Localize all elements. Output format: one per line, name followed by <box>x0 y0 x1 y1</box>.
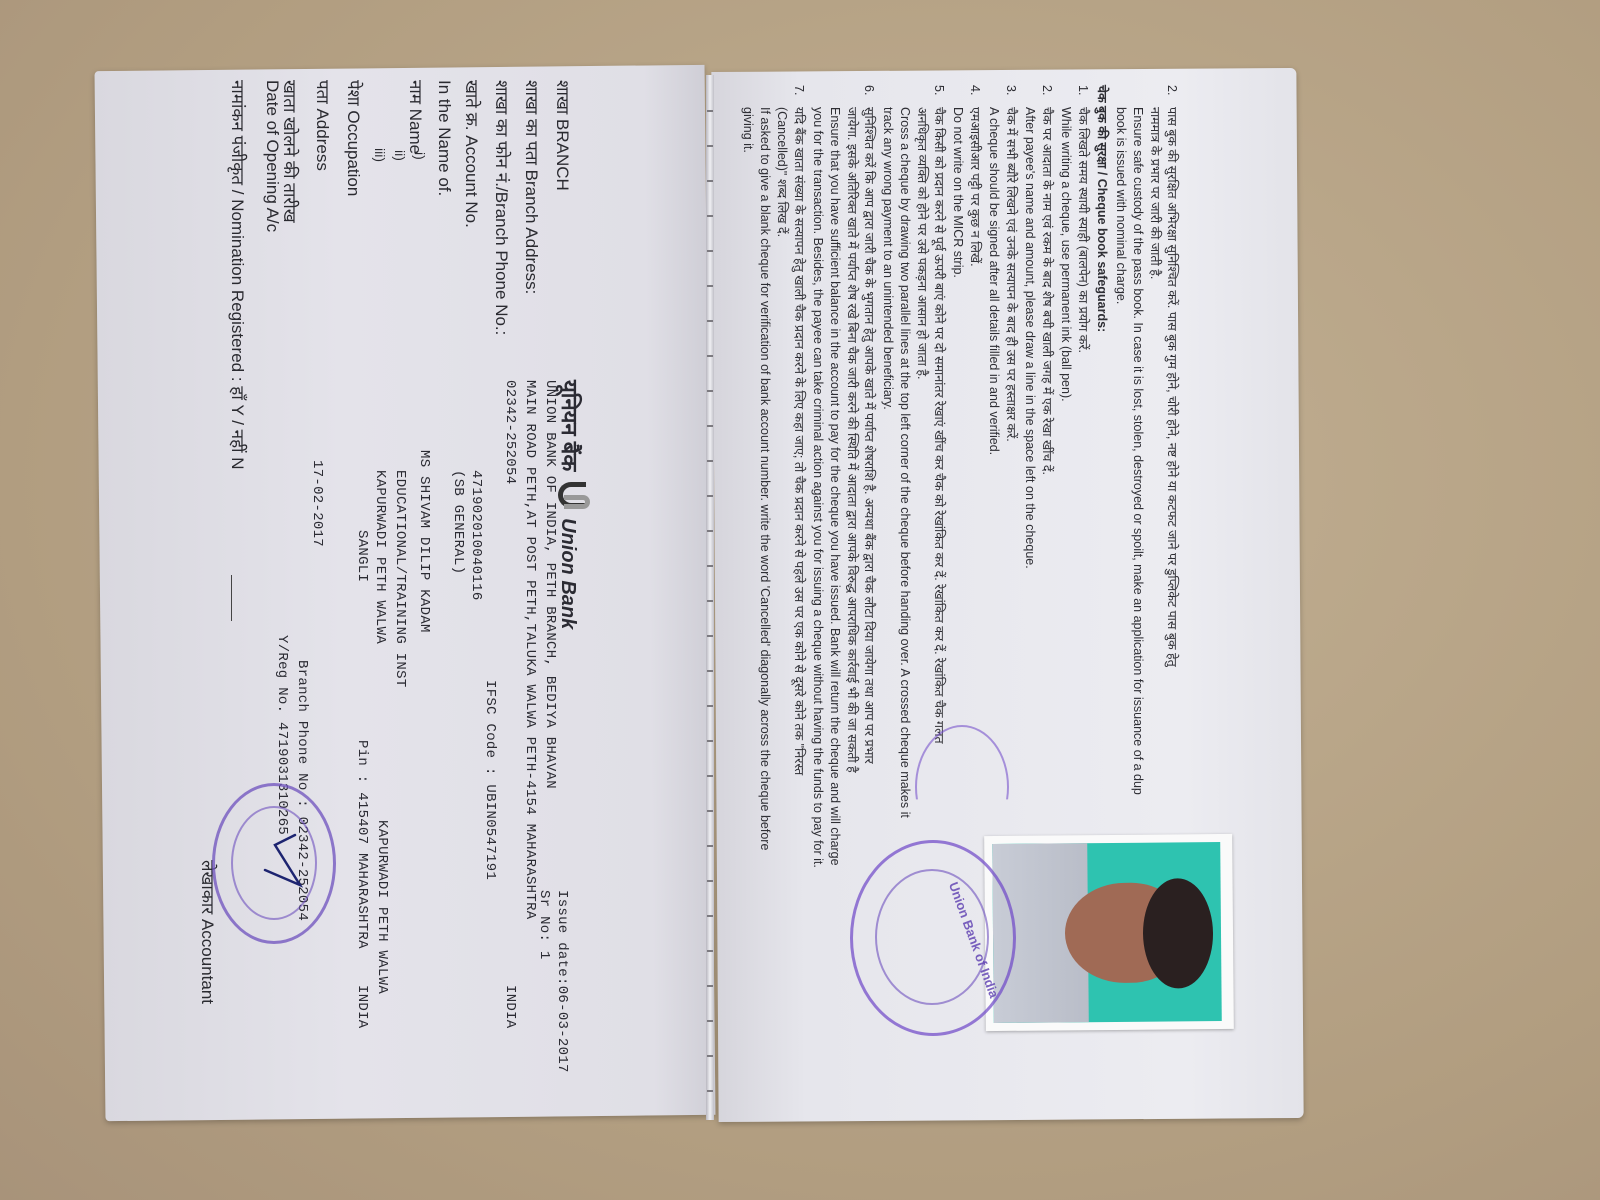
stitch-mark <box>707 950 713 952</box>
value-address-line-2: SANGLI <box>354 530 370 582</box>
value-address-line-3: KAPURWADI PETH WALWA <box>374 820 390 994</box>
label-name: नाम Name <box>405 80 428 154</box>
instruction-number: 2. <box>1163 85 1180 107</box>
value-account-type: (SB GENERAL) <box>450 470 466 574</box>
stitch-mark <box>707 215 713 217</box>
label-account-no: खाते क्र. Account No. <box>461 80 484 228</box>
stitch-mark <box>707 320 713 322</box>
stitch-mark <box>707 390 713 392</box>
value-account-no: 471902010040116 <box>468 470 484 601</box>
value-address-country: INDIA <box>354 985 370 1029</box>
union-bank-logo-icon <box>558 482 586 508</box>
label-in-the-name-of: In the Name of. <box>434 80 454 196</box>
stitch-mark <box>707 810 713 812</box>
stitch-mark <box>707 1055 713 1057</box>
label-branch: शाखा BRANCH <box>552 80 575 191</box>
instruction-number: 3. <box>1002 85 1019 107</box>
stitch-mark <box>707 915 713 917</box>
instruction-hindi: (Cancelled)" शब्द लिख दें. <box>773 85 790 1085</box>
instruction-number: 1. <box>1074 85 1091 107</box>
label-name-i: i) <box>412 152 428 160</box>
header-bank-line: UNION BANK OF INDIA, PETH BRANCH, BEDIYA… <box>542 380 558 789</box>
bank-logo-hindi: यूनियन बैंक <box>557 380 582 471</box>
nomination-underline <box>231 575 232 621</box>
accountant-signature <box>245 825 325 895</box>
header-country: INDIA <box>502 985 518 1029</box>
label-branch-address: शाखा का पता Branch Address: <box>521 80 544 294</box>
stitch-mark <box>707 495 713 497</box>
stitch-mark <box>707 600 713 602</box>
photo-background <box>992 842 1222 1023</box>
stitch-mark <box>707 635 713 637</box>
label-name-ii: ii) <box>392 150 408 161</box>
stitch-mark <box>707 985 713 987</box>
label-occupation: पेशा Occupation <box>343 80 366 196</box>
stitch-mark <box>707 250 713 252</box>
ifsc-code: IFSC Code : UBIN0547191 <box>482 680 498 880</box>
instruction-number: 6. <box>860 85 877 107</box>
label-branch-phone: शाखा का फोन नं./Branch Phone No.: <box>491 80 514 335</box>
stitch-mark <box>707 670 713 672</box>
value-occupation: EDUCATIONAL/TRAINING INST <box>392 470 408 688</box>
value-pin: Pin : 415407 MAHARASHTRA <box>354 740 370 949</box>
instruction-hindi: 7.यदि बैंक खाता संख्या के सत्यापन हेतु ख… <box>790 85 807 1085</box>
instruction-number: 5. <box>930 85 947 107</box>
header-phone-line: 02342-252054 <box>502 380 518 484</box>
stitch-mark <box>707 880 713 882</box>
stitch-mark <box>707 425 713 427</box>
instruction-number: 2. <box>1038 85 1055 107</box>
stitch-mark <box>707 530 713 532</box>
value-name: MS SHIVAM DILIP KADAM <box>416 450 432 633</box>
issue-date: Issue date:06-03-2017 <box>554 890 570 1073</box>
label-date-opening-english: Date of Opening A/c <box>262 80 282 232</box>
stitch-mark <box>707 565 713 567</box>
label-address: पता Address <box>312 80 335 171</box>
account-holder-photo <box>984 834 1234 1031</box>
bank-logo: यूनियन बैंक Union Bank <box>555 380 586 629</box>
photo-stamp <box>850 840 1016 1036</box>
passbook-spine <box>706 75 714 1120</box>
label-date-opening-hindi: खाता खोलने की तारीख <box>279 80 302 223</box>
value-date-opening: 17-02-2017 <box>309 460 325 547</box>
stitch-mark <box>707 285 713 287</box>
stitch-mark <box>707 460 713 462</box>
header-address-line: MAIN ROAD PETH,AT POST PETH,TALUKA WALWA… <box>522 380 538 919</box>
serial-number: Sr No: 1 <box>536 890 552 960</box>
stitch-mark <box>707 110 713 112</box>
bank-logo-english: Union Bank <box>557 518 579 629</box>
photo-hair <box>1143 878 1214 989</box>
stitch-mark <box>707 355 713 357</box>
instruction-number: 4. <box>966 85 983 107</box>
stitch-mark <box>707 705 713 707</box>
label-nomination: नामांकन पंजीकृत / Nomination Registered … <box>227 80 250 470</box>
label-name-iii: iii) <box>372 148 388 162</box>
account-details-section: यूनियन बैंक Union Bank UNION BANK OF IND… <box>150 80 580 1090</box>
stitch-mark <box>707 740 713 742</box>
stitch-mark <box>707 1020 713 1022</box>
stitch-mark <box>707 145 713 147</box>
instruction-number: 7. <box>790 85 807 107</box>
stitch-mark <box>707 180 713 182</box>
instruction-english: you for the transaction. Besides, the pa… <box>809 85 826 1085</box>
stitch-mark <box>707 775 713 777</box>
value-address-line-1: KAPURWADI PETH WALWA <box>372 470 388 644</box>
instruction-item: 7.यदि बैंक खाता संख्या के सत्यापन हेतु ख… <box>739 85 807 1085</box>
stitch-mark <box>707 845 713 847</box>
instruction-english: If asked to give a blank cheque for veri… <box>756 85 773 1085</box>
instruction-english: giving it. <box>739 85 756 1085</box>
instruction-english: Ensure that you have sufficient balance … <box>826 85 843 1085</box>
stitch-mark <box>707 1090 713 1092</box>
